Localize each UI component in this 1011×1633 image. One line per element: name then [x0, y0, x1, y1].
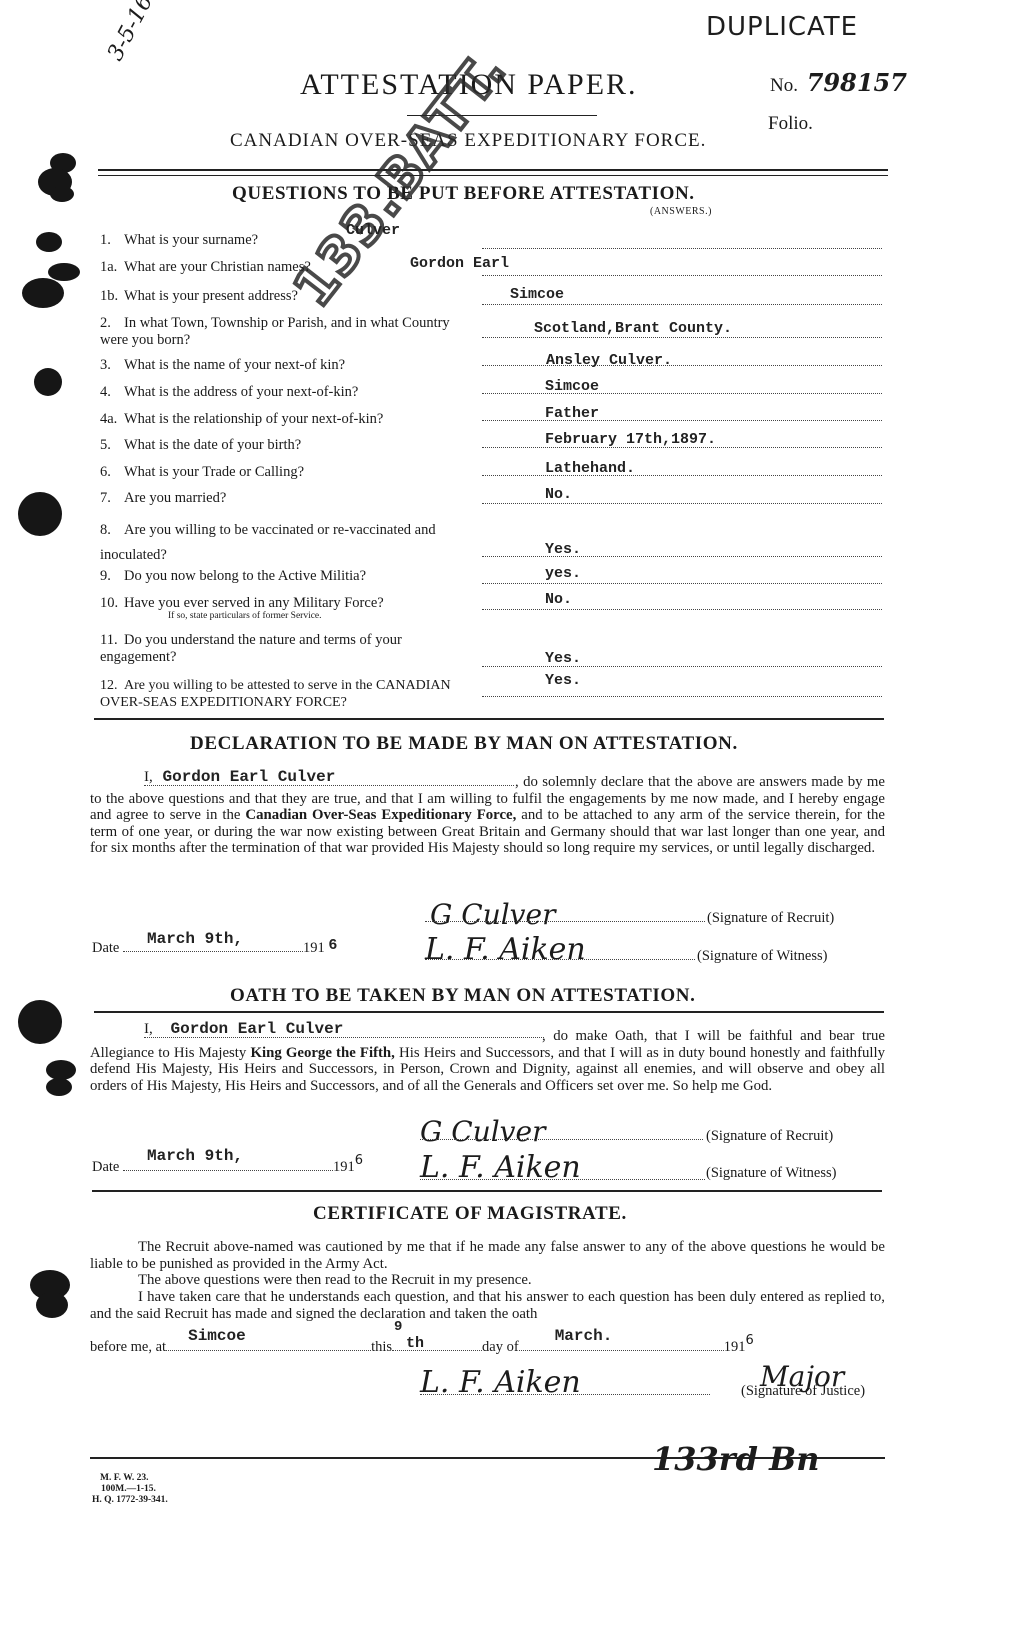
answers-label: (ANSWERS.): [650, 206, 712, 217]
oath-recruit-sig-line: [420, 1130, 703, 1140]
binder-hole-mark: [46, 1078, 72, 1096]
binder-hole-mark: [46, 1060, 76, 1080]
unit-annotation: 133rd Bn: [652, 1440, 819, 1478]
declaration-heading: DECLARATION TO BE MADE BY MAN ON ATTESTA…: [190, 733, 738, 755]
question-8: 8.Are you willing to be vaccinated or re…: [100, 518, 470, 568]
binder-hole-mark: [50, 186, 74, 202]
answer-line-8: [482, 537, 882, 557]
answer-line-11: [482, 647, 882, 667]
oath-witness-sig-label: (Signature of Witness): [706, 1165, 836, 1182]
answer-line-9: [482, 564, 882, 584]
answer-line-1b: [482, 285, 882, 305]
question-2: 2.In what Town, Township or Parish, and …: [100, 315, 470, 349]
certificate-para-2: The above questions were then read to th…: [90, 1272, 885, 1289]
oath-date-row: Date March 9th, 1916: [92, 1157, 392, 1176]
answer-line-7: [482, 484, 882, 504]
binder-hole-mark: [18, 492, 62, 536]
oath-text: , do make Oath, that I will be faithful …: [90, 1028, 885, 1094]
binder-hole-mark: [48, 263, 80, 281]
folio-label: Folio.: [768, 113, 813, 135]
oath-recruit-sig-label: (Signature of Recruit): [706, 1128, 833, 1145]
oath-date-value: March 9th,: [147, 1147, 243, 1165]
certificate-heading: CERTIFICATE OF MAGISTRATE.: [313, 1203, 627, 1225]
question-6: 6.What is your Trade or Calling?: [100, 464, 470, 481]
question-10-note: If so, state particulars of former Servi…: [168, 611, 322, 621]
question-10: 10.Have you ever served in any Military …: [100, 595, 470, 612]
section-divider: [94, 1011, 884, 1013]
answer-line-1: [482, 229, 882, 249]
question-9: 9.Do you now belong to the Active Militi…: [100, 568, 470, 585]
answer-line-6: [482, 456, 882, 476]
certificate-day-suffix: th: [406, 1335, 424, 1352]
certificate-para-1: The Recruit above-named was cautioned by…: [90, 1239, 885, 1272]
answer-line-4: [482, 374, 882, 394]
certificate-para-3: I have taken care that he understands ea…: [90, 1289, 885, 1322]
number-value: 798157: [807, 68, 907, 97]
form-code: M. F. W. 23.: [100, 1473, 148, 1483]
question-3: 3.What is the name of your next-of kin?: [100, 357, 470, 374]
question-1b: 1b.What is your present address?: [100, 288, 470, 305]
question-5: 5.What is the date of your birth?: [100, 437, 470, 454]
oath-heading: OATH TO BE TAKEN BY MAN ON ATTESTATION.: [230, 985, 695, 1007]
answer-line-5: [482, 428, 882, 448]
question-11: 11.Do you understand the nature and term…: [100, 632, 470, 666]
certificate-place: Simcoe: [188, 1327, 246, 1345]
declaration-witness-sig-line: [425, 950, 695, 960]
section-divider: [94, 718, 884, 720]
oath-witness-sig-line: [420, 1170, 705, 1180]
binder-hole-mark: [36, 1292, 68, 1318]
number-label: No.: [770, 75, 798, 96]
certificate-day-num: 9: [394, 1319, 402, 1335]
declaration-recruit-sig-label: (Signature of Recruit): [707, 910, 834, 927]
question-4: 4.What is the address of your next-of-ki…: [100, 384, 470, 401]
answer-surname: Culver: [346, 222, 400, 239]
question-4a: 4a.What is the relationship of your next…: [100, 411, 470, 428]
answer-line-10: [482, 590, 882, 610]
questions-heading: QUESTIONS TO BE PUT BEFORE ATTESTATION.: [232, 183, 695, 205]
binder-hole-mark: [18, 1000, 62, 1044]
print-run: 100M.—1-15.: [101, 1484, 156, 1494]
declaration-date-value: March 9th,: [147, 930, 243, 948]
margin-annotation: 3-5-16 Card ack.: [103, 0, 212, 65]
header-divider: [98, 169, 888, 171]
certificate-place-row: before me, at Simcoe this 9 th day of Ma…: [90, 1337, 754, 1356]
declaration-recruit-sig-line: [425, 912, 705, 922]
answer-line-1a: [482, 256, 882, 276]
hq-reference: H. Q. 1772-39-341.: [92, 1495, 168, 1505]
answer-line-3: [482, 346, 882, 366]
justice-sig-label: (Signature of Justice): [741, 1383, 865, 1400]
binder-hole-mark: [34, 368, 62, 396]
question-12: 12.Are you willing to be attested to ser…: [100, 677, 470, 711]
form-number: No. 798157: [770, 68, 907, 97]
declaration-witness-sig-label: (Signature of Witness): [697, 948, 827, 965]
certificate-month: March.: [555, 1327, 613, 1345]
binder-hole-mark: [36, 232, 62, 252]
binder-hole-mark: [22, 278, 64, 308]
declaration-text: , do solemnly declare that the above are…: [90, 774, 885, 857]
header-divider-2: [98, 175, 888, 176]
section-divider: [92, 1190, 882, 1192]
answer-line-12: [482, 677, 882, 697]
duplicate-stamp: DUPLICATE: [706, 12, 858, 42]
question-7: 7.Are you married?: [100, 490, 470, 507]
justice-sig-line: [420, 1385, 710, 1395]
answer-line-2: [482, 318, 882, 338]
declaration-date: Date March 9th, 191 6: [92, 938, 392, 957]
answer-line-4a: [482, 401, 882, 421]
question-1: 1.What is your surname?: [100, 232, 470, 249]
